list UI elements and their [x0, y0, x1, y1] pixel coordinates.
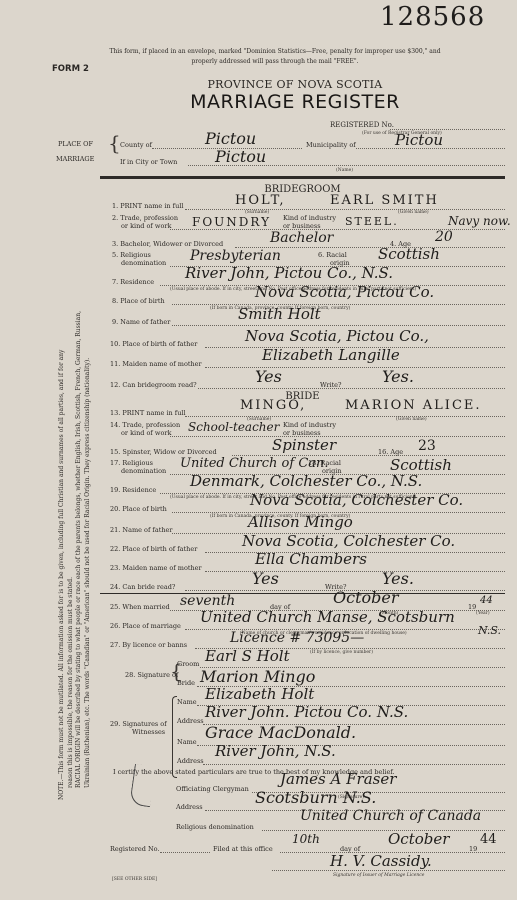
bride-trade-line	[170, 436, 505, 437]
witness2-name-label: Name	[177, 738, 197, 746]
county-value: Pictou	[205, 129, 256, 148]
side-note-line4: Ukrainian (Ruthenian), etc. The words "C…	[84, 280, 93, 800]
clergyman-address-label: Address	[176, 803, 203, 811]
page-title: MARRIAGE REGISTER	[100, 91, 490, 113]
groom-industry-label-a: Kind of industry	[283, 214, 336, 222]
bride-marital-value: Spinster	[272, 436, 336, 454]
groom-religion-label-b: denomination	[121, 259, 166, 267]
clergyman-signature: James A Fraser	[280, 770, 396, 788]
bride-write-value: Yes.	[382, 569, 414, 588]
side-note-line3: RACIAL ORIGIN will be described by stati…	[75, 280, 84, 800]
bride-father-label: 21. Name of father	[110, 526, 172, 534]
city-label: If in City or Town	[120, 158, 177, 166]
bride-mother-label: 23. Maiden name of mother	[110, 564, 202, 572]
municipality-label: Municipality of	[306, 141, 356, 149]
groom-industry-extra: Navy now.	[448, 214, 511, 228]
mail-notice-line1: This form, if placed in an envelope, mar…	[60, 48, 490, 55]
bride-trade-label-a: 14. Trade, profession	[110, 421, 180, 429]
filed-label: Filed at this office	[213, 845, 273, 853]
groom-trade-label-b: or kind of work	[121, 222, 171, 230]
groom-read-line	[198, 388, 505, 389]
groom-marital-label: 3. Bachelor, Widower or Divorced	[112, 240, 223, 248]
groom-father-birthplace-label: 10. Place of birth of father	[110, 340, 197, 348]
issuer-signature: H. V. Cassidy.	[330, 852, 432, 870]
bride-religion-value: United Church of Can.	[180, 456, 329, 471]
filed-year: 44	[480, 832, 497, 847]
bride-name-line	[185, 416, 505, 417]
groom-religion-label-a: 5. Religious	[112, 251, 151, 259]
bride-surname: MINGO,	[240, 398, 306, 413]
groom-racial-value: Scottish	[378, 245, 440, 263]
groom-marital-value: Bachelor	[270, 230, 333, 246]
form-label: FORM 2	[52, 64, 89, 74]
side-note-line1: NOTE.—This form must not be mutilated. A…	[58, 280, 67, 800]
married-month-value: October	[333, 588, 399, 607]
place-of-label: PLACE OF	[58, 140, 93, 148]
groom-mother-line	[205, 367, 505, 368]
licence-label: 27. By licence or banns	[110, 641, 187, 649]
groom-industry-value: STEEL.	[345, 215, 399, 228]
bride-father-birthplace-label: 22. Place of birth of father	[110, 545, 197, 553]
filed-day: 10th	[292, 832, 320, 846]
bride-mother-value: Ella Chambers	[255, 550, 367, 568]
bride-read-value: Yes	[252, 569, 279, 588]
witness1-name: Elizabeth Holt	[205, 685, 314, 703]
clergyman-label: Officiating Clergyman	[176, 785, 249, 793]
bride-racial-label-a: 18. Racial	[308, 459, 341, 467]
married-year-prefix: 19	[468, 603, 476, 611]
header-divider	[100, 176, 505, 179]
groom-trade-line	[170, 229, 505, 230]
bride-age-value: 23	[418, 438, 436, 454]
groom-trade-value: FOUNDRY	[192, 215, 271, 229]
groom-read-label: 12. Can bridegroom read?	[110, 381, 197, 389]
witness2-name: Grace MacDonald.	[205, 723, 356, 742]
married-day-value: seventh	[180, 593, 235, 609]
witness-bracket	[172, 696, 177, 778]
bride-name-label: 13. PRINT name in full	[110, 409, 186, 417]
groom-mother-value: Elizabeth Langille	[262, 346, 400, 364]
groom-industry-label-b: or business	[283, 222, 321, 230]
bride-trade-value: School-teacher	[188, 420, 279, 434]
side-note-line2: reason this is impossible, the reason fo…	[67, 280, 76, 800]
place-brace: {	[108, 131, 121, 155]
groom-given-note: (Given name)	[398, 210, 429, 215]
bride-residence-value: Denmark, Colchester Co., N.S.	[190, 472, 422, 490]
witness2-address: River John, N.S.	[215, 742, 336, 760]
groom-given-name: EARL SMITH	[330, 193, 439, 208]
groom-write-label: Write?	[320, 381, 342, 389]
province-title: PROVINCE OF NOVA SCOTIA	[100, 78, 490, 91]
filed-month: October	[388, 830, 449, 848]
bride-signature-label: Bride	[177, 679, 195, 687]
bride-trade-label-b: or kind of work	[121, 429, 171, 437]
bride-given-name: MARION ALICE.	[345, 398, 482, 413]
municipality-value: Pictou	[395, 131, 443, 149]
bride-signature: Marion Mingo	[200, 667, 315, 686]
registered-no-label: REGISTERED No.	[330, 121, 394, 129]
bride-marital-label: 15. Spinster, Widow or Divorced	[110, 448, 217, 456]
bride-father-birthplace-value: Nova Scotia, Colchester Co.	[242, 532, 455, 550]
bride-residence-label: 19. Residence	[110, 486, 156, 494]
issuer-signature-line	[272, 870, 505, 871]
bride-religion-label-b: denomination	[121, 467, 166, 475]
filed-year-prefix: 19	[469, 845, 477, 853]
groom-father-value: Smith Holt	[238, 305, 321, 323]
groom-father-line	[172, 325, 505, 326]
groom-father-label: 9. Name of father	[112, 318, 170, 326]
groom-name-label: 1. PRINT name in full	[112, 202, 183, 210]
bride-father-value: Allison Mingo	[248, 513, 353, 531]
groom-read-value: Yes	[255, 367, 282, 386]
year-note: (Year)	[476, 611, 490, 616]
filing-registered-no-line	[160, 852, 210, 853]
groom-father-birthplace-value: Nova Scotia, Pictou Co.,	[245, 327, 429, 345]
see-other-side: [SEE OTHER SIDE]	[112, 877, 157, 882]
mail-notice-line2: properly addressed will pass through the…	[60, 58, 490, 65]
groom-signature: Earl S Holt	[205, 647, 290, 665]
groom-name-line	[185, 209, 505, 210]
licence-note: (If by licence, give number)	[310, 650, 373, 655]
county-label: County of	[120, 141, 152, 149]
groom-residence-label: 7. Residence	[112, 278, 154, 286]
bridegroom-heading: BRIDEGROOM	[100, 184, 505, 195]
bride-divider	[100, 593, 505, 594]
bride-given-note: (Given name)	[396, 417, 427, 422]
groom-mother-label: 11. Maiden name of mother	[110, 360, 202, 368]
bride-birthplace-label: 20. Place of birth	[110, 505, 167, 513]
issuer-note: Signature of Issuer of Marriage Licence	[333, 873, 424, 878]
bride-religion-label-a: 17. Religious	[110, 459, 153, 467]
marginal-mark-icon	[129, 764, 156, 808]
groom-birthplace-line	[172, 304, 505, 305]
when-married-label: 25. When married	[110, 603, 170, 611]
witness2-address-line	[203, 764, 505, 765]
filing-registered-no-label: Registered No.	[110, 845, 160, 853]
denomination-label: Religious denomination	[176, 823, 254, 831]
groom-signature-label: Groom	[177, 660, 199, 668]
groom-racial-label-a: 6. Racial	[318, 251, 347, 259]
city-name-note: (Name)	[336, 168, 353, 173]
groom-age-value: 20	[435, 229, 453, 245]
groom-trade-label-a: 2. Trade, profession	[112, 214, 178, 222]
reference-number: 128568	[380, 2, 485, 32]
bride-read-label: 24. Can bride read?	[110, 583, 175, 591]
side-note: NOTE.—This form must not be mutilated. A…	[58, 280, 92, 800]
bride-birthplace-value: Nova Scotia, Colchester Co.	[250, 491, 463, 509]
licence-value: Licence # 73095—	[230, 630, 364, 646]
denomination-line	[262, 830, 505, 831]
bride-age-label: 16. Age	[378, 448, 403, 456]
married-year-value: 44	[480, 595, 493, 606]
groom-write-value: Yes.	[382, 367, 414, 386]
groom-religion-value: Presbyterian	[190, 248, 281, 264]
place-of-marriage-extra: N.S.	[478, 624, 501, 637]
groom-residence-value: River John, Pictou Co., N.S.	[185, 264, 393, 282]
clergyman-address: Scotsburn N.S.	[255, 788, 376, 807]
witness1-address: River John. Pictou Co. N.S.	[205, 703, 408, 721]
marriage-label: MARRIAGE	[56, 155, 94, 163]
witness1-name-label: Name	[177, 698, 197, 706]
registered-no-line	[390, 129, 505, 130]
witnesses-label-b: Witnesses	[132, 728, 165, 736]
bride-mother-line	[205, 571, 505, 572]
groom-surname: HOLT,	[235, 193, 285, 208]
place-of-marriage-label: 26. Place of marriage	[110, 622, 181, 630]
place-of-marriage-value: United Church Manse, Scotsburn	[200, 608, 455, 626]
witnesses-label-a: 29. Signatures of	[110, 720, 167, 728]
denomination-value: United Church of Canada	[300, 808, 481, 824]
city-value: Pictou	[215, 147, 266, 166]
groom-birthplace-label: 8. Place of birth	[112, 297, 165, 305]
witness1-address-label: Address	[177, 717, 204, 725]
witness2-address-label: Address	[177, 757, 204, 765]
groom-birthplace-value: Nova Scotia, Pictou Co.	[255, 283, 434, 301]
bride-industry-label-a: Kind of industry	[283, 421, 336, 429]
